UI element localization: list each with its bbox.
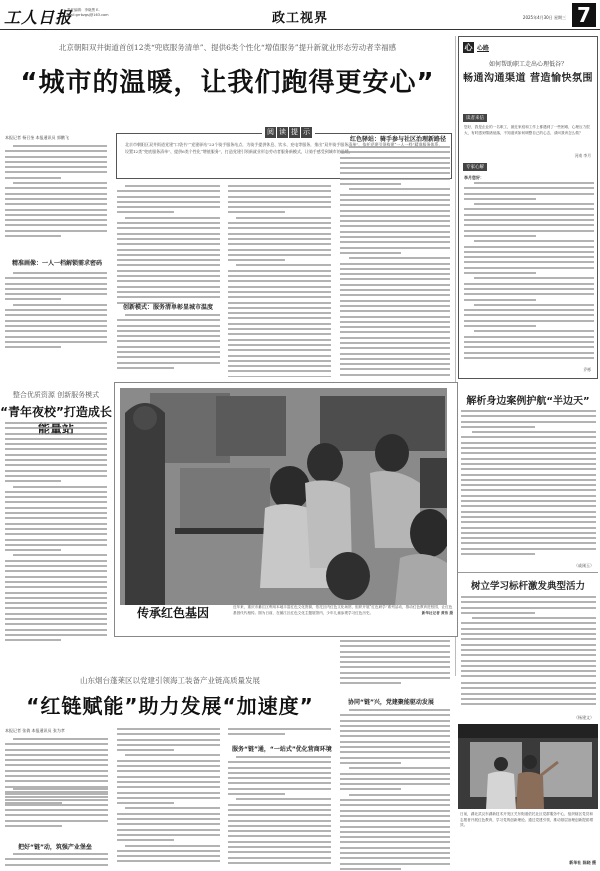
issue-date: 2025年4月30日 星期三 (523, 15, 566, 21)
bottom-photo-caption: 日前，湖北武汉东湖新技术开发区关东街道依托社区党群服务中心，组织辖区党员和志愿者… (460, 812, 596, 829)
lead-body-col1a (5, 145, 107, 250)
lead-kicker: 北京朝阳双井街道首创12类“兜底服务清单”、提供6类个性化“增值服务”提升新就业… (0, 42, 455, 53)
second-body-col3a (228, 728, 331, 740)
night-school-body (5, 422, 107, 652)
second-subhead-2: 服务“链”通，“一站式”优化营商环境 (232, 744, 332, 753)
model-headline: 树立学习标杆激发典型活力 (458, 578, 598, 592)
page-number: 7 (572, 3, 596, 27)
lead-subhead-1: 精准画像：一人一档解锁需求密码 (12, 258, 102, 267)
section-title: 政工视界 (0, 7, 600, 26)
masthead: 工人日报 责任编辑：李晓黑 E-mail:grrbzgsj@163.com 政工… (0, 0, 600, 30)
red-heritage-photo (120, 388, 447, 605)
second-kicker: 山东烟台蓬莱区以党建引领海工装备产业链高质量发展 (0, 675, 340, 686)
reader-letter-text: 您好，我是企业的一名职工，最近家庭和工作上都遇到了一些困难，心理压力很大，有时感… (464, 125, 594, 136)
expert-signature: 乔彬 (583, 367, 591, 373)
xinlu-tag: 心 心路 (463, 42, 489, 53)
xinlu-title: 畅通沟通渠道 营造愉快氛围 (459, 69, 597, 84)
lead-body-col2b (117, 314, 220, 376)
reader-signature: 河南 李月 (575, 153, 591, 159)
photo-feature-frame: 传承红色基因 近年来，重庆市綦江区利用本地丰富红色文化资源，依托区内红色文化场馆… (114, 382, 458, 637)
photo-feature-caption: 近年来，重庆市綦江区利用本地丰富红色文化资源，依托区内红色文化场馆，组织开展“红… (233, 605, 453, 616)
xinlu-question: 如何帮助职工走出心理低谷？ (459, 59, 597, 68)
photo-image-icon (120, 388, 447, 605)
case-signature: （戚刚玉） (574, 563, 594, 569)
second-body-col3b (228, 756, 331, 871)
lead-headline: “城市的温暖，让我们跑得更安心” (0, 62, 455, 99)
lead-subhead-2: 创新模式：服务清单彰显城市温度 (123, 302, 213, 311)
lead-subhead-3: 红色驿站：骑手参与社区治理新路径 (350, 134, 446, 143)
xinlu-label: 心路 (477, 43, 489, 52)
photo-credit: 新华社记者 黄伟 摄 (422, 611, 453, 617)
heart-column-icon: 心 (463, 42, 474, 53)
reader-letter-label: 读者来信 (463, 114, 487, 122)
lead-byline: 本报记者 杨召奎 本报通讯员 郭鹏飞 (5, 135, 69, 141)
bottom-photo-credit: 新华社 陈晓 摄 (569, 860, 596, 866)
xinlu-panel: 心 心路 如何帮助职工走出心理低谷？ 畅通沟通渠道 营造愉快氛围 读者来信 您好… (458, 36, 598, 379)
second-byline: 本报记者 张倩 本报通讯员 张为孝 (5, 728, 65, 734)
model-signature: （杨建文） (574, 715, 594, 721)
expert-answer-label: 专家心解 (463, 163, 487, 171)
second-headline: “红链赋能”助力发展“加速度” (0, 690, 340, 719)
bottom-photo (458, 724, 598, 809)
second-body-col2 (117, 728, 220, 871)
lead-body-col1b (5, 272, 107, 372)
case-headline: 解析身边案例护航“半边天” (458, 392, 598, 407)
second-subhead-1: 把好“链”动，筑强产业堡垒 (18, 842, 92, 851)
reading-tip-title: 阅 读 提 示 (262, 127, 315, 138)
second-body-col4b (340, 709, 450, 871)
section-divider (458, 572, 598, 573)
model-body (461, 596, 596, 680)
second-body-col1b (5, 788, 108, 832)
lead-body-col2a (117, 185, 220, 313)
second-subhead-3: 协同“链”兴，党建聚能驱动发展 (348, 697, 434, 706)
second-body-col1c (5, 853, 108, 871)
expert-greeting: 李月您好： (464, 175, 484, 181)
lead-body-col4 (340, 146, 450, 378)
photo-image-icon (458, 724, 598, 809)
expert-answer-body (464, 182, 594, 372)
lead-body-col3 (228, 185, 331, 377)
night-school-kicker: 整合优质资源 创新服务模式 (0, 390, 112, 400)
photo-feature-title: 传承红色基因 (137, 604, 209, 621)
case-body (461, 410, 596, 565)
second-body-col4a (340, 640, 450, 695)
